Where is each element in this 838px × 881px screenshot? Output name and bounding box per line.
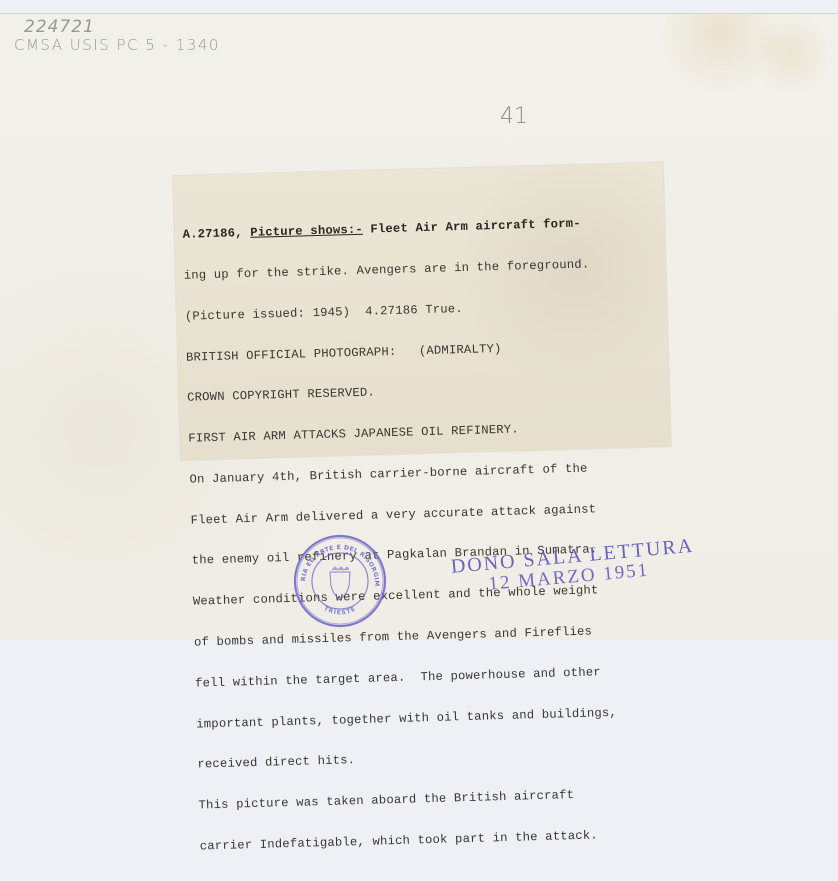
typed-caption-label: A.27186, Picture shows:- Fleet Air Arm a… (173, 162, 671, 460)
museum-seal-icon: DI STORIA ED ARTE E DEL RISORGIMENTO TRI… (291, 532, 389, 630)
caption-header-rest: Fleet Air Arm aircraft form- (363, 217, 581, 237)
handwritten-catalog-id: 224721 (24, 17, 95, 37)
scan-top-margin (0, 0, 838, 13)
caption-line: of bombs and missiles from the Avengers … (194, 625, 615, 640)
photo-verso-page: 224721 CMSA USIS PC 5 - 1340 41 A.27186,… (0, 13, 838, 640)
caption-line: BRITISH OFFICIAL PHOTOGRAPH: (ADMIRALTY) (186, 339, 607, 364)
caption-line: ing up for the strike. Avengers are in t… (184, 258, 605, 283)
caption-line-header: A.27186, Picture shows:- Fleet Air Arm a… (182, 217, 603, 242)
caption-label: Picture shows:- (250, 223, 363, 240)
svg-text:TRIESTE: TRIESTE (323, 605, 358, 616)
caption-line: On January 4th, British carrier-borne ai… (189, 462, 610, 487)
caption-line: FIRST AIR ARM ATTACKS JAPANESE OIL REFIN… (188, 421, 609, 446)
handwritten-reference: CMSA USIS PC 5 - 1340 (14, 36, 220, 54)
caption-line: (Picture issued: 1945) 4.27186 True. (185, 299, 606, 324)
caption-line: CROWN COPYRIGHT RESERVED. (187, 380, 608, 405)
caption-line: Fleet Air Arm delivered a very accurate … (190, 503, 611, 528)
handwritten-page-number: 41 (500, 104, 528, 129)
museum-seal-stamp: DI STORIA ED ARTE E DEL RISORGIMENTO TRI… (291, 532, 389, 630)
caption-ref: A.27186, (182, 226, 242, 242)
svg-text:DI STORIA ED ARTE E DEL RISORG: DI STORIA ED ARTE E DEL RISORGIMENTO (291, 532, 380, 587)
